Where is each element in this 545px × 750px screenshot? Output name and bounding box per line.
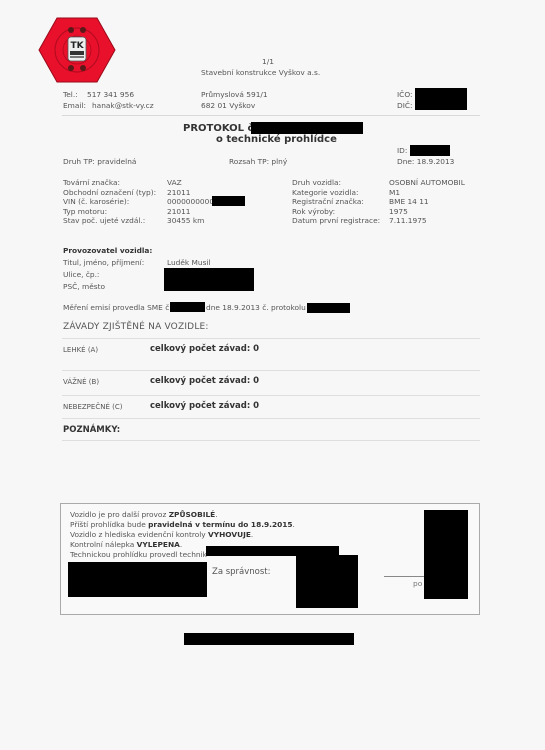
email-label: Email: bbox=[63, 101, 86, 111]
label: Datum první registrace: bbox=[292, 216, 380, 226]
defect-count-b: celkový počet závad: 0 bbox=[150, 376, 259, 386]
redacted-id bbox=[410, 145, 450, 156]
defect-count-a: celkový počet závad: 0 bbox=[150, 344, 259, 354]
label: Rok výroby: bbox=[292, 207, 380, 217]
text: . bbox=[215, 510, 217, 519]
phone: 517 341 956 bbox=[87, 90, 134, 100]
label: Tovární značka: bbox=[63, 178, 156, 188]
defect-count-c: celkový počet závad: 0 bbox=[150, 401, 259, 411]
inspection-date: Dne: 18.9.2013 bbox=[397, 157, 454, 167]
text: Příští prohlídka bude bbox=[70, 520, 148, 529]
plate-value: BME 14 11 bbox=[389, 197, 465, 207]
redacted-emissions-protocol bbox=[307, 303, 350, 313]
divider bbox=[62, 440, 480, 441]
text: Vozidlo z hlediska evidenční kontroly bbox=[70, 530, 208, 539]
label: VIN (č. karosérie): bbox=[63, 197, 156, 207]
street: Průmyslová 591/1 bbox=[201, 90, 268, 100]
divider bbox=[62, 395, 480, 396]
redacted-ico-dic bbox=[415, 88, 467, 110]
vin-value: 0000000000 bbox=[167, 197, 214, 207]
registry-status: VYHOVUJE bbox=[208, 530, 251, 539]
text: Vozidlo je pro další provoz bbox=[70, 510, 169, 519]
defect-category-a: LEHKÉ (A) bbox=[63, 346, 98, 356]
label: Stav poč. ujeté vzdál.: bbox=[63, 216, 156, 226]
next-inspection-date: pravidelná v termínu do 18.9.2015 bbox=[148, 520, 292, 529]
text: . bbox=[251, 530, 253, 539]
vehicle-kind-value: OSOBNÍ AUTOMOBIL bbox=[389, 178, 465, 188]
page-number: 1/1 bbox=[262, 57, 274, 67]
label: Kategorie vozidla: bbox=[292, 188, 380, 198]
dic-label: DIČ: bbox=[397, 101, 413, 111]
odometer-value: 30455 km bbox=[167, 216, 214, 226]
result-line-technician: Technickou prohlídku provedl technik bbox=[70, 550, 207, 560]
stk-logo: TK bbox=[38, 16, 116, 84]
city: 682 01 Vyškov bbox=[201, 101, 255, 111]
label: Typ motoru: bbox=[63, 207, 156, 217]
operator-name-label: Titul, jméno, příjmení: bbox=[63, 258, 144, 268]
vehicle-left-values: VAZ 21011 0000000000 21011 30455 km bbox=[167, 178, 214, 226]
brand-value: VAZ bbox=[167, 178, 214, 188]
header-divider bbox=[62, 115, 480, 116]
notes-label: POZNÁMKY: bbox=[63, 425, 120, 435]
correctness-label: Za správnost: bbox=[212, 567, 271, 577]
email[interactable]: hanak@stk-vy.cz bbox=[92, 101, 154, 111]
redacted-sme-number bbox=[170, 302, 205, 312]
ico-label: IČO: bbox=[397, 90, 413, 100]
engine-value: 21011 bbox=[167, 207, 214, 217]
defects-heading: ZÁVADY ZJIŠTĚNÉ NA VOZIDLE: bbox=[63, 322, 209, 332]
redacted-stamp bbox=[68, 562, 207, 597]
signature-label: po bbox=[413, 579, 422, 589]
hexagon-logo-icon: TK bbox=[38, 16, 116, 84]
divider bbox=[62, 370, 480, 371]
redacted-address bbox=[164, 268, 254, 291]
emissions-middle: dne 18.9.2013 č. protokolu bbox=[206, 303, 306, 313]
operator-heading: Provozovatel vozidla: bbox=[63, 246, 152, 256]
phone-label: Tel.: bbox=[63, 90, 78, 100]
vehicle-left-labels: Tovární značka: Obchodní označení (typ):… bbox=[63, 178, 156, 226]
category-value: M1 bbox=[389, 188, 465, 198]
id-label: ID: bbox=[397, 146, 407, 156]
year-value: 1975 bbox=[389, 207, 465, 217]
result-line-sticker: Kontrolní nálepka VYLEPENA. bbox=[70, 540, 182, 550]
protocol-subtitle: o technické prohlídce bbox=[216, 134, 337, 145]
redacted-official-stamp bbox=[424, 510, 468, 599]
first-registration-value: 7.11.1975 bbox=[389, 216, 465, 226]
operator-street-label: Ulice, čp.: bbox=[63, 270, 99, 280]
company-name: Stavební konstrukce Vyškov a.s. bbox=[201, 68, 320, 78]
label: Registrační značka: bbox=[292, 197, 380, 207]
emissions-prefix: Měření emisí provedla SME č. bbox=[63, 303, 172, 313]
redacted-protocol-number bbox=[251, 122, 363, 134]
redacted-vin bbox=[212, 196, 245, 206]
operator-name: Luděk Musil bbox=[167, 258, 211, 268]
divider bbox=[62, 418, 480, 419]
defect-category-b: VÁŽNÉ (B) bbox=[63, 378, 99, 388]
type-value: 21011 bbox=[167, 188, 214, 198]
text: . bbox=[293, 520, 295, 529]
text: . bbox=[180, 540, 182, 549]
vehicle-right-values: OSOBNÍ AUTOMOBIL M1 BME 14 11 1975 7.11.… bbox=[389, 178, 465, 226]
inspection-type: Druh TP: pravidelná bbox=[63, 157, 136, 167]
redacted-signature bbox=[296, 555, 358, 608]
result-line-fitness: Vozidlo je pro další provoz ZPŮSOBILÉ. bbox=[70, 510, 218, 520]
vehicle-right-labels: Druh vozidla: Kategorie vozidla: Registr… bbox=[292, 178, 380, 226]
text: Kontrolní nálepka bbox=[70, 540, 137, 549]
result-line-next-inspection: Příští prohlídka bude pravidelná v termí… bbox=[70, 520, 295, 530]
result-line-registry-check: Vozidlo z hlediska evidenční kontroly VY… bbox=[70, 530, 253, 540]
divider bbox=[62, 338, 480, 339]
label: Obchodní označení (typ): bbox=[63, 188, 156, 198]
fitness-status: ZPŮSOBILÉ bbox=[169, 510, 216, 519]
redacted-footer bbox=[184, 633, 354, 645]
defect-category-c: NEBEZPEČNÉ (C) bbox=[63, 403, 122, 413]
sticker-status: VYLEPENA bbox=[137, 540, 180, 549]
operator-city-label: PSČ, město bbox=[63, 282, 105, 292]
svg-text:TK: TK bbox=[70, 41, 84, 51]
inspection-scope: Rozsah TP: plný bbox=[229, 157, 287, 167]
label: Druh vozidla: bbox=[292, 178, 380, 188]
protocol-title: PROTOKOL č. bbox=[183, 123, 257, 134]
